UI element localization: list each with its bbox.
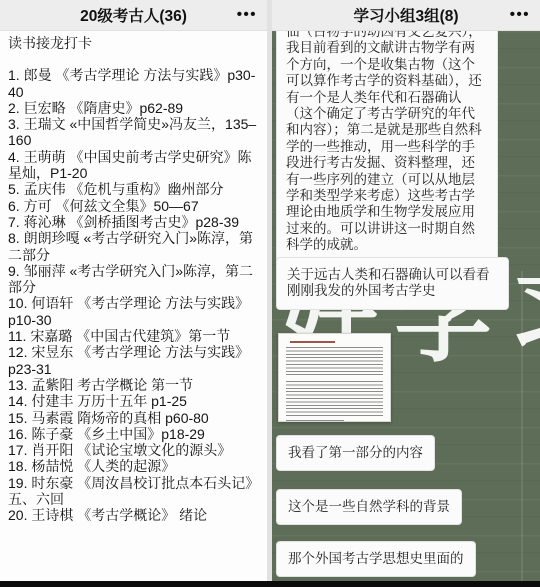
chat-message-area: hǎo xué xí 好学习 仙（古物学的动因有文艺复兴），我目前看到的文献讲古…	[272, 31, 540, 581]
thumbnail-heading-line	[290, 341, 335, 343]
bottom-black-bar	[0, 581, 540, 587]
thumbnail-paragraph	[286, 381, 383, 418]
document-page-thumbnail[interactable]	[278, 333, 391, 422]
right-chat-header: 学习小组3组(8) •••	[272, 0, 540, 31]
list-item: 4. 王萌萌 《中国史前考古学史研究》陈星灿，P1-20	[8, 149, 260, 182]
right-chat-panel: 学习小组3组(8) ••• hǎo xué xí 好学习 仙（古物学的动因有文艺…	[272, 0, 540, 581]
chat-bubble-message[interactable]: 我看了第一部分的内容	[276, 435, 435, 471]
chat-bubble-long-message[interactable]: 仙（古物学的动因有文艺复兴），我目前看到的文献讲古物学有两个方向，一个是收集古物…	[276, 31, 498, 263]
list-item: 10. 何语轩 《考古学理论 方法与实践》p10-30	[8, 295, 260, 328]
list-item: 9. 邹丽萍 «考古学研究入门»陈淳，第二部分	[8, 263, 260, 296]
list-item: 11. 宋嘉璐 《中国古代建筑》第一节	[8, 328, 260, 344]
list-item: 12. 宋昱东 《考古学理论 方法与实践》p23-31	[8, 344, 260, 377]
more-menu-icon-right[interactable]: •••	[510, 4, 530, 26]
list-item: 7. 蒋沁琳 《剑桥插图考古史》p28-39	[8, 214, 260, 230]
list-item: 3. 王瑞文 «中国哲学简史»冯友兰，135–160	[8, 116, 260, 149]
list-item: 5. 孟庆伟 《危机与重构》幽州部分	[8, 181, 260, 197]
thumbnail-lastline	[286, 420, 344, 421]
list-item: 19. 时东豪 《周汝昌校订批点本石头记》五、六回	[8, 475, 260, 508]
checkin-title: 读书接龙打卡	[8, 35, 260, 51]
reading-list: 1. 郎曼 《考古学理论 方法与实践》p30-40 2. 巨宏略 《隋唐史》p6…	[8, 67, 260, 523]
chat-bubble-message[interactable]: 这个是一些自然学科的背景	[276, 489, 462, 525]
group-title-left: 20级考古人(36)	[80, 4, 187, 26]
group-title-right: 学习小组3组(8)	[353, 4, 458, 26]
thumbnail-paragraph	[286, 347, 383, 377]
list-item: 18. 杨喆悦 《人类的起源》	[8, 458, 260, 474]
list-item: 6. 方可 《何兹文全集》50—67	[8, 198, 260, 214]
list-item: 17. 肖开阳 《试论宝墩文化的源头》	[8, 442, 260, 458]
chat-bubble-message[interactable]: 关于远古人类和石器确认可以看看刚刚我发的外国考古学史	[276, 257, 509, 310]
list-item: 2. 巨宏略 《隋唐史》p62-89	[8, 100, 260, 116]
list-item: 1. 郎曼 《考古学理论 方法与实践》p30-40	[8, 67, 260, 100]
list-item: 13. 孟紫阳 考古学概论 第一节	[8, 377, 260, 393]
reading-checkin-message: 读书接龙打卡 1. 郎曼 《考古学理论 方法与实践》p30-40 2. 巨宏略 …	[0, 31, 267, 580]
list-item: 8. 朗朗珍嘎 «考古学研究入门»陈淳，第二部分	[8, 230, 260, 263]
more-menu-icon-left[interactable]: •••	[237, 4, 257, 26]
list-item: 20. 王诗棋 《考古学概论》 绪论	[8, 507, 260, 523]
list-item: 16. 陈子豪 《乡土中国》p18-29	[8, 426, 260, 442]
left-chat-panel: 20级考古人(36) ••• 读书接龙打卡 1. 郎曼 《考古学理论 方法与实践…	[0, 0, 267, 581]
left-chat-header: 20级考古人(36) •••	[0, 0, 267, 31]
list-item: 15. 马素霞 隋炀帝的真相 p60-80	[8, 410, 260, 426]
list-item: 14. 付建丰 万历十五年 p1-25	[8, 393, 260, 409]
dual-screenshot-wrap: 20级考古人(36) ••• 读书接龙打卡 1. 郎曼 《考古学理论 方法与实践…	[0, 0, 540, 581]
chat-bubble-message[interactable]: 那个外国考古学思想史里面的	[276, 541, 476, 577]
